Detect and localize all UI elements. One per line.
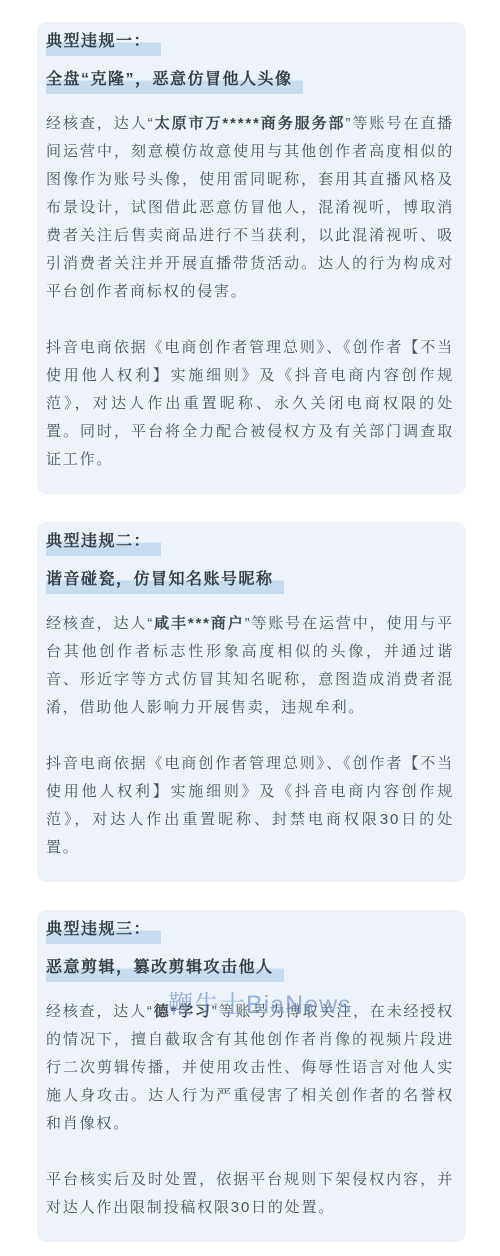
card-heading-text: 典型违规一： <box>46 33 161 56</box>
card-subheading-text: 全盘“克隆”，恶意仿冒他人头像 <box>46 71 303 94</box>
card-paragraph: 抖音电商依据《电商创作者管理总则》、《创作者【不当使用他人权利】实施细则》及《抖… <box>46 334 454 474</box>
card-subheading: 恶意剪辑，篡改剪辑攻击他人 <box>46 956 454 980</box>
card-paragraph: 平台核实后及时处置，依据平台规则下架侵权内容，并对达人作出限制投稿权限30日的处… <box>46 1166 454 1222</box>
card-heading: 典型违规一： <box>46 30 454 54</box>
article-page: 典型违规一： 全盘“克隆”，恶意仿冒他人头像 经核查，达人“太原市万*****商… <box>0 0 500 1256</box>
card-heading: 典型违规三： <box>46 918 454 942</box>
card-heading-text: 典型违规三： <box>46 921 161 944</box>
card-subheading-text: 谐音碰瓷，仿冒知名账号昵称 <box>46 571 284 594</box>
card-subheading-text: 恶意剪辑，篡改剪辑攻击他人 <box>46 959 284 982</box>
card-paragraphs: 经核查，达人“太原市万*****商务服务部”等账号在直播间运营中，刻意模仿故意使… <box>46 110 454 474</box>
card-heading-text: 典型违规二： <box>46 533 161 556</box>
violation-card: 典型违规二： 谐音碰瓷，仿冒知名账号昵称 经核查，达人“咸丰***商户”等账号在… <box>37 522 466 882</box>
violation-card: 典型违规三： 恶意剪辑，篡改剪辑攻击他人 经核查，达人“德*学习”等账号为博取关… <box>37 910 466 1242</box>
card-paragraphs: 经核查，达人“德*学习”等账号为博取关注，在未经授权的情况下，擅自截取含有其他创… <box>46 998 454 1222</box>
card-paragraph: 经核查，达人“太原市万*****商务服务部”等账号在直播间运营中，刻意模仿故意使… <box>46 110 454 306</box>
card-heading: 典型违规二： <box>46 530 454 554</box>
card-paragraphs: 经核查，达人“咸丰***商户”等账号在运营中，使用与平台其他创作者标志性形象高度… <box>46 610 454 862</box>
card-paragraph: 经核查，达人“咸丰***商户”等账号在运营中，使用与平台其他创作者标志性形象高度… <box>46 610 454 722</box>
card-subheading: 全盘“克隆”，恶意仿冒他人头像 <box>46 68 454 92</box>
card-paragraph: 经核查，达人“德*学习”等账号为博取关注，在未经授权的情况下，擅自截取含有其他创… <box>46 998 454 1138</box>
card-subheading: 谐音碰瓷，仿冒知名账号昵称 <box>46 568 454 592</box>
violation-card: 典型违规一： 全盘“克隆”，恶意仿冒他人头像 经核查，达人“太原市万*****商… <box>37 22 466 494</box>
cards: 典型违规一： 全盘“克隆”，恶意仿冒他人头像 经核查，达人“太原市万*****商… <box>37 22 466 1242</box>
card-paragraph: 抖音电商依据《电商创作者管理总则》、《创作者【不当使用他人权利】实施细则》及《抖… <box>46 750 454 862</box>
